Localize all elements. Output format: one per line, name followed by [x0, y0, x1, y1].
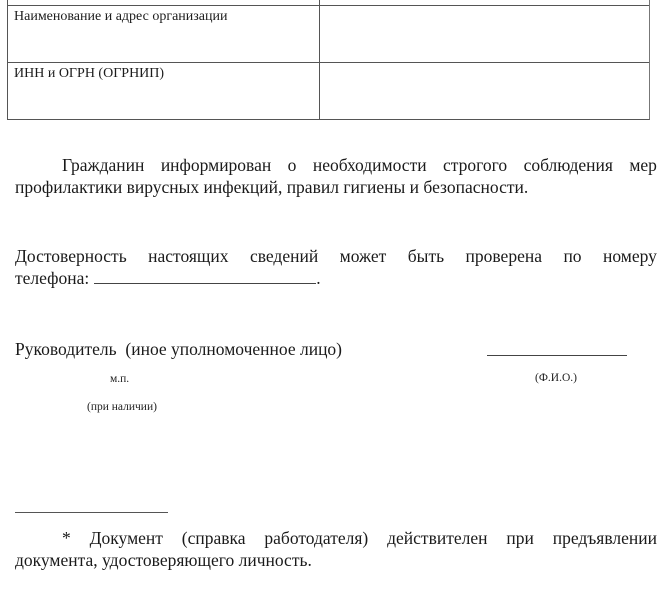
footnote: *Документ(справкаработодателя)действител… — [15, 527, 657, 571]
verification-paragraph: Достоверностьнастоящихсведенийможетбытьп… — [15, 245, 657, 289]
stamp-note: (при наличии) — [87, 401, 157, 414]
verification-line-1: Достоверностьнастоящихсведенийможетбытьп… — [15, 245, 657, 267]
footnote-word: (справка — [182, 527, 246, 549]
organization-name-address-label: Наименование и адрес организации — [14, 9, 228, 25]
footnote-word: * — [62, 527, 71, 549]
footnote-separator — [15, 512, 168, 513]
footnote-word: предъявлении — [553, 527, 657, 549]
signature-name-field[interactable] — [487, 355, 627, 356]
hygiene-info-word: необходимости — [313, 154, 427, 176]
hygiene-info-paragraph: Гражданининформированонеобходимостистрог… — [15, 154, 657, 198]
footnote-word: действителен — [387, 527, 487, 549]
signatory-role-label: Руководитель (иное уполномоченное лицо) — [15, 338, 342, 360]
phone-period: . — [316, 268, 320, 288]
phone-number-field[interactable] — [94, 269, 316, 284]
footnote-word: работодателя) — [264, 527, 368, 549]
organization-info-table: Наименование и адрес организации ИНН и О… — [7, 0, 650, 120]
footnote-word: при — [506, 527, 533, 549]
hygiene-info-word: о — [288, 154, 297, 176]
table-row-divider — [8, 62, 649, 63]
hygiene-info-word: Гражданин — [62, 154, 144, 176]
verification-word: сведений — [250, 245, 318, 267]
hygiene-info-word: информирован — [161, 154, 271, 176]
table-row-divider — [8, 5, 649, 6]
inn-ogrn-label: ИНН и ОГРН (ОГРНИП) — [14, 66, 164, 82]
hygiene-info-word: строгого — [443, 154, 507, 176]
stamp-label: м.п. — [110, 373, 129, 386]
footnote-line-1: *Документ(справкаработодателя)действител… — [15, 527, 657, 549]
verification-word: номеру — [603, 245, 657, 267]
inn-ogrn-field[interactable] — [321, 64, 647, 118]
verification-word: Достоверность — [15, 245, 127, 267]
verification-word: по — [563, 245, 581, 267]
verification-word: проверена — [466, 245, 542, 267]
hygiene-info-word: мер — [629, 154, 657, 176]
hygiene-info-line-1: Гражданининформированонеобходимостистрог… — [15, 154, 657, 176]
verification-line-2: телефона:. — [15, 267, 657, 289]
hygiene-info-word: соблюдения — [524, 154, 613, 176]
organization-name-address-field[interactable] — [321, 7, 647, 61]
footnote-word: Документ — [90, 527, 163, 549]
footnote-line-2: документа, удостоверяющего личность. — [15, 549, 657, 571]
phone-label: телефона: — [15, 268, 89, 288]
verification-word: быть — [408, 245, 444, 267]
hygiene-info-line-2: профилактики вирусных инфекций, правил г… — [15, 176, 657, 198]
verification-word: настоящих — [148, 245, 228, 267]
verification-word: может — [340, 245, 387, 267]
full-name-caption: (Ф.И.О.) — [535, 372, 577, 385]
table-column-divider — [319, 0, 320, 119]
